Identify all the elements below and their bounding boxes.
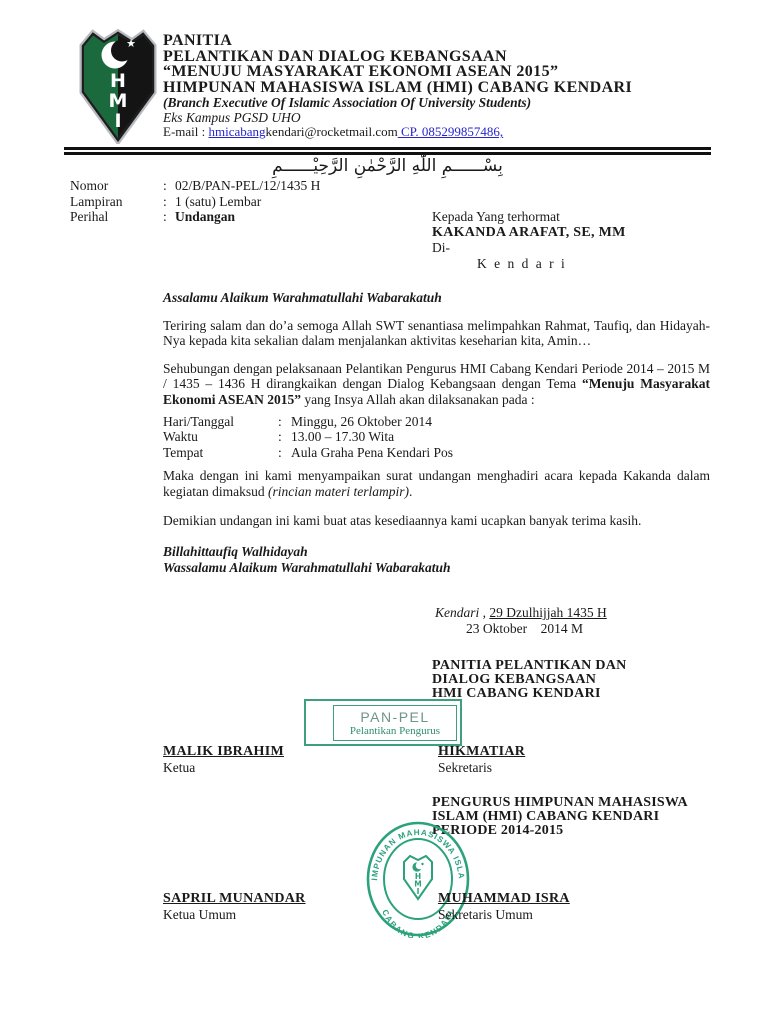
- email-rest: kendari@rocketmail.com: [266, 124, 398, 139]
- meta-row-lampiran: Lampiran : 1 (satu) Lembar: [70, 194, 320, 210]
- dateline-block: Kendari , 29 Dzulhijjah 1435 H 23 Oktobe…: [435, 605, 607, 637]
- signature-role-sekretaris-umum: Sekretaris Umum: [438, 907, 710, 923]
- schedule-colon: :: [278, 429, 291, 445]
- recipient-salute: Kepada Yang terhormat: [432, 209, 626, 225]
- recipient-block: Kepada Yang terhormat KAKANDA ARAFAT, SE…: [432, 209, 626, 271]
- signature-chairman: MALIK IBRAHIM Ketua: [163, 744, 438, 776]
- signature-row-board: SAPRIL MUNANDAR Ketua Umum MUHAMMAD ISRA…: [163, 891, 710, 923]
- schedule-value-time: 13.00 – 17.30 Wita: [291, 429, 394, 445]
- signature-ketua-umum: SAPRIL MUNANDAR Ketua Umum: [163, 891, 438, 923]
- opening-salutation: Assalamu Alaikum Warahmatullahi Wabaraka…: [163, 290, 710, 306]
- stamp-subtitle: Pelantikan Pengurus: [350, 725, 440, 737]
- meta-colon: :: [163, 178, 175, 194]
- schedule-block: Hari/Tanggal : Minggu, 26 Oktober 2014 W…: [163, 414, 710, 461]
- dateline-row-hijri: Kendari , 29 Dzulhijjah 1435 H: [435, 605, 607, 621]
- signature-name-sekretaris-umum: MUHAMMAD ISRA: [438, 891, 710, 907]
- panpel-stamp: PAN-PEL Pelantikan Pengurus: [304, 699, 462, 746]
- signature-name-ketua-umum: SAPRIL MUNANDAR: [163, 891, 438, 907]
- meta-row-perihal: Perihal : Undangan: [70, 209, 320, 225]
- recipient-di: Di-: [432, 240, 626, 256]
- hmi-logo-icon: ★ H M I: [75, 29, 161, 144]
- email-link[interactable]: hmicabang: [209, 124, 266, 139]
- dateline-city: Kendari ,: [435, 605, 486, 620]
- meta-value-lampiran: 1 (satu) Lembar: [175, 194, 261, 210]
- dateline-hijri: 29 Dzulhijjah 1435 H: [489, 605, 606, 620]
- meta-row-nomor: Nomor : 02/B/PAN-PEL/12/1435 H: [70, 178, 320, 194]
- logo-letter-m: M: [109, 90, 128, 112]
- letterhead-line-org: HIMPUNAN MAHASISWA ISLAM (HMI) CABANG KE…: [163, 80, 723, 96]
- recipient-city: K e n d a r i: [477, 256, 626, 272]
- paragraph-event-info: Sehubungan dengan pelaksanaan Pelantikan…: [163, 361, 710, 408]
- signature-row-committee: MALIK IBRAHIM Ketua HIKMATIAR Sekretaris: [163, 744, 710, 776]
- svg-text:★: ★: [126, 37, 136, 50]
- schedule-colon: :: [278, 445, 291, 461]
- committee-line-1: PANITIA PELANTIKAN DAN: [432, 659, 627, 673]
- letter-body: Assalamu Alaikum Warahmatullahi Wabaraka…: [163, 290, 710, 575]
- panpel-stamp-inner: PAN-PEL Pelantikan Pengurus: [333, 705, 457, 741]
- letterhead: PANITIA PELANTIKAN DAN DIALOG KEBANGSAAN…: [163, 33, 723, 139]
- paragraph-invitation-note: (rincian materi terlampir): [268, 484, 409, 499]
- schedule-value-venue: Aula Graha Pena Kendari Pos: [291, 445, 453, 461]
- signature-role-ketua-umum: Ketua Umum: [163, 907, 438, 923]
- schedule-row-day: Hari/Tanggal : Minggu, 26 Oktober 2014: [163, 414, 710, 430]
- signature-name-ketua: MALIK IBRAHIM: [163, 744, 438, 760]
- committee-line-2: DIALOG KEBANGSAAN: [432, 673, 627, 687]
- logo-letter-h: H: [110, 70, 126, 92]
- letter-page: ★ H M I PANITIA PELANTIKAN DAN DIALOG KE…: [0, 0, 768, 1024]
- schedule-label: Waktu: [163, 429, 278, 445]
- board-line-1: PENGURUS HIMPUNAN MAHASISWA: [432, 796, 688, 810]
- meta-value-perihal: Undangan: [175, 209, 235, 225]
- recipient-name: KAKANDA ARAFAT, SE, MM: [432, 225, 626, 241]
- meta-colon: :: [163, 209, 175, 225]
- schedule-colon: :: [278, 414, 291, 430]
- board-line-2: ISLAM (HMI) CABANG KENDARI: [432, 810, 688, 824]
- contact-phone-link[interactable]: CP. 085299857486,: [398, 124, 503, 139]
- schedule-label: Tempat: [163, 445, 278, 461]
- bismillah-calligraphy: بِسْــــــمِ اللّٰهِ الرَّحْمٰنِ الرَّحِ…: [64, 155, 711, 177]
- signature-sekretaris-umum: MUHAMMAD ISRA Sekretaris Umum: [438, 891, 710, 923]
- schedule-row-time: Waktu : 13.00 – 17.30 Wita: [163, 429, 710, 445]
- logo-letter-i: I: [114, 110, 121, 132]
- meta-label: Nomor: [70, 178, 163, 194]
- signature-role-sekretaris: Sekretaris: [438, 760, 710, 776]
- paragraph-event-post: yang Insya Allah akan dilaksanakan pada …: [301, 392, 535, 407]
- header-divider: [64, 147, 711, 155]
- letter-meta: Nomor : 02/B/PAN-PEL/12/1435 H Lampiran …: [70, 178, 320, 225]
- signature-secretary: HIKMATIAR Sekretaris: [438, 744, 710, 776]
- email-label: E-mail :: [163, 124, 205, 139]
- letterhead-line-panitia: PANITIA: [163, 33, 723, 49]
- stamp-title: PAN-PEL: [360, 710, 429, 725]
- meta-label: Lampiran: [70, 194, 163, 210]
- meta-label: Perihal: [70, 209, 163, 225]
- schedule-label: Hari/Tanggal: [163, 414, 278, 430]
- dateline-gregorian: 23 Oktober 2014 M: [466, 621, 607, 637]
- paragraph-invitation: Maka dengan ini kami menyampaikan surat …: [163, 468, 710, 499]
- schedule-row-venue: Tempat : Aula Graha Pena Kendari Pos: [163, 445, 710, 461]
- meta-value-nomor: 02/B/PAN-PEL/12/1435 H: [175, 178, 320, 194]
- letterhead-line-theme: “MENUJU MASYARAKAT EKONOMI ASEAN 2015”: [163, 64, 723, 80]
- closing-line-1: Billahittaufiq Walhidayah: [163, 544, 710, 560]
- committee-heading: PANITIA PELANTIKAN DAN DIALOG KEBANGSAAN…: [432, 659, 627, 702]
- paragraph-invitation-pre: Maka dengan ini kami menyampaikan surat …: [163, 468, 710, 499]
- paragraph-greeting: Teriring salam dan do’a semoga Allah SWT…: [163, 318, 710, 349]
- paragraph-thanks: Demikian undangan ini kami buat atas kes…: [163, 513, 710, 529]
- board-line-3: PERIODE 2014-2015: [432, 824, 688, 838]
- signature-name-sekretaris: HIKMATIAR: [438, 744, 710, 760]
- closing-block: Billahittaufiq Walhidayah Wassalamu Alai…: [163, 544, 710, 575]
- paragraph-invitation-post: .: [409, 484, 412, 499]
- schedule-value-day: Minggu, 26 Oktober 2014: [291, 414, 432, 430]
- letterhead-line-branch: (Branch Executive Of Islamic Association…: [163, 95, 723, 110]
- letterhead-email-line: E-mail : hmicabangkendari@rocketmail.com…: [163, 125, 723, 139]
- signature-role-ketua: Ketua: [163, 760, 438, 776]
- meta-colon: :: [163, 194, 175, 210]
- board-heading: PENGURUS HIMPUNAN MAHASISWA ISLAM (HMI) …: [432, 796, 688, 837]
- letterhead-line-address: Eks Kampus PGSD UHO: [163, 110, 723, 125]
- closing-line-2: Wassalamu Alaikum Warahmatullahi Wabarak…: [163, 560, 710, 576]
- letterhead-line-event: PELANTIKAN DAN DIALOG KEBANGSAAN: [163, 49, 723, 65]
